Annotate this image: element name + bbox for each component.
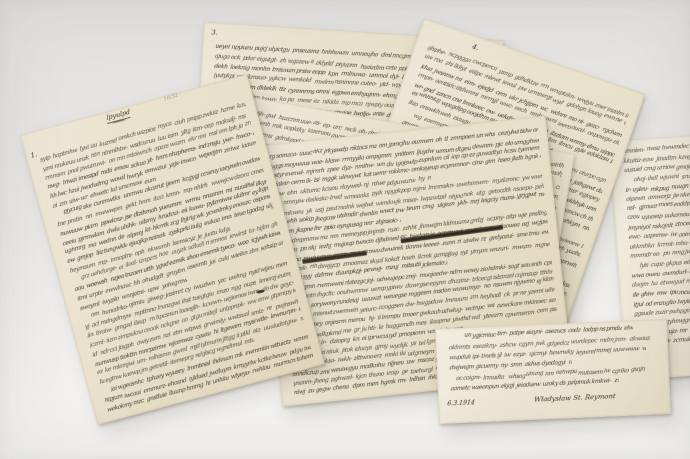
pencil-note: 16/32 bbox=[163, 92, 179, 102]
manuscript-photo: 3.ueyeinpyiueupujcjulyictgupnseusmzhnhhu… bbox=[0, 0, 690, 459]
title-word: lpyulpd bbox=[106, 108, 130, 124]
signature: Władysław St. Reymont bbox=[534, 392, 616, 404]
page-number: 4. bbox=[471, 43, 480, 53]
page-number: 3. bbox=[211, 28, 218, 36]
page-closing: unygjcmiuctirr-patpesiayni-asezucscodzlo… bbox=[435, 319, 671, 424]
date: 6.3.1914 bbox=[447, 399, 475, 407]
page-number: 1. bbox=[30, 150, 38, 159]
